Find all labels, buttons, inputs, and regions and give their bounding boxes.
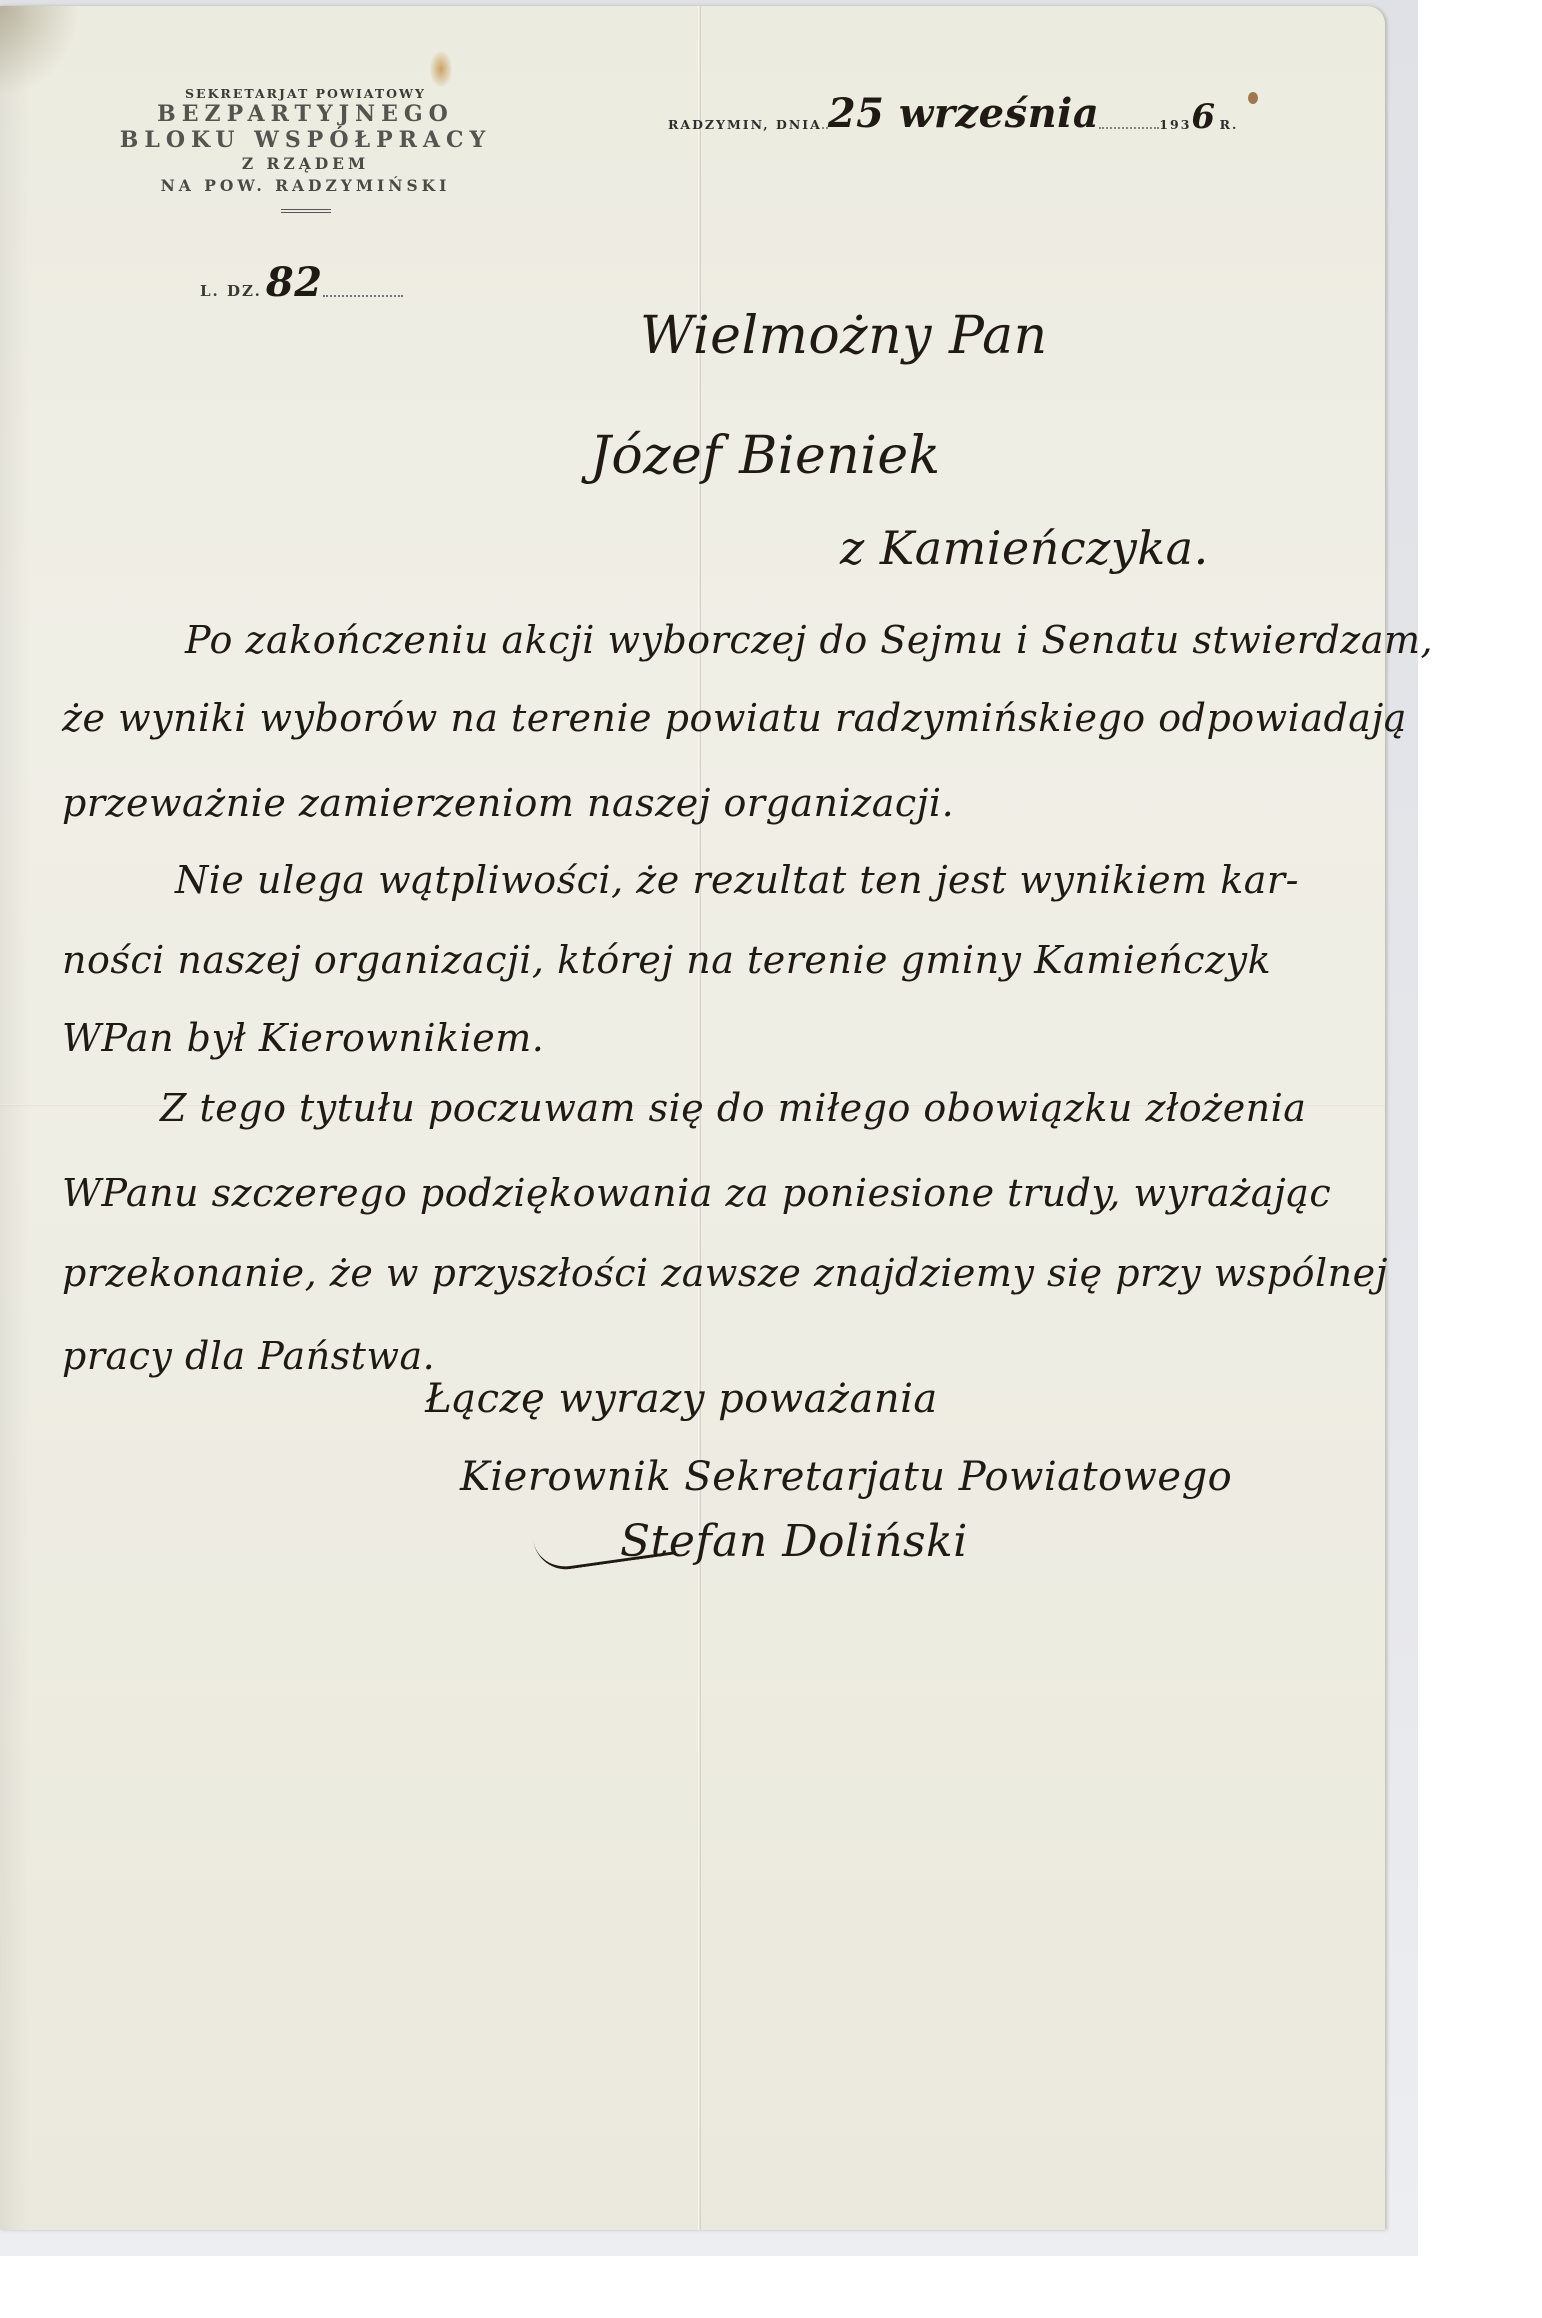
reference-label: L. DZ.	[200, 282, 262, 300]
dateline: RADZYMIN, DNIA 25 września 193 6 R.	[668, 96, 1238, 132]
paper-corner-shadow	[0, 6, 80, 96]
body-line-7: Z tego tytułu poczuwam się do miłego obo…	[160, 1086, 1306, 1130]
body-line-10: pracy dla Państwa.	[62, 1334, 435, 1378]
date-dots-trail	[1099, 127, 1159, 129]
date-year-abbr: R.	[1220, 117, 1239, 132]
closing-regards: Łączę wyrazy poważania	[425, 1376, 938, 1422]
body-line-5: ności naszej organizacji, której na tere…	[62, 938, 1271, 982]
body-line-8: WPanu szczerego podziękowania za poniesi…	[62, 1171, 1331, 1215]
letterhead-line-2: BEZPARTYJNEGO	[78, 101, 533, 127]
date-year-prefix: 193	[1159, 117, 1191, 132]
letterhead-line-1: SEKRETARJAT POWIATOWY	[78, 86, 533, 101]
body-line-2: że wyniki wyborów na terenie powiatu rad…	[62, 696, 1407, 740]
body-line-1: Po zakończeniu akcji wyborczej do Sejmu …	[185, 618, 1433, 662]
letterhead-line-3: BLOKU WSPÓŁPRACY	[78, 127, 533, 153]
closing-title: Kierownik Sekretarjatu Powiatowego	[460, 1454, 1232, 1500]
reference-number: 82	[266, 266, 323, 300]
letterhead-line-5: NA POW. RADZYMIŃSKI	[78, 175, 533, 197]
date-year-suffix: 6	[1191, 102, 1215, 132]
body-line-4: Nie ulega wątpliwości, że rezultat ten j…	[175, 858, 1299, 902]
addressee-location: z Kamieńczyka.	[840, 521, 1209, 575]
signature: Stefan Doliński	[620, 1516, 968, 1567]
reference-dotted-line	[323, 295, 403, 297]
reference-number-line: L. DZ. 82	[200, 266, 403, 300]
letterhead: SEKRETARJAT POWIATOWY BEZPARTYJNEGO BLOK…	[78, 86, 533, 213]
body-line-3: przeważnie zamierzeniom naszej organizac…	[62, 781, 954, 825]
letterhead-divider	[281, 209, 331, 213]
paper-stain-small	[1248, 92, 1258, 104]
date-day-month: 25 września	[828, 96, 1099, 132]
body-line-6: WPan był Kierownikiem.	[62, 1016, 544, 1060]
body-line-9: przekonanie, że w przyszłości zawsze zna…	[62, 1251, 1388, 1295]
paper-stain	[430, 51, 452, 87]
letterhead-line-4: Z RZĄDEM	[78, 153, 533, 175]
salutation: Wielmożny Pan	[640, 306, 1048, 366]
date-place-label: RADZYMIN, DNIA	[668, 117, 822, 132]
letter-paper: SEKRETARJAT POWIATOWY BEZPARTYJNEGO BLOK…	[0, 6, 1385, 2230]
addressee-name: Józef Bieniek	[590, 426, 941, 486]
